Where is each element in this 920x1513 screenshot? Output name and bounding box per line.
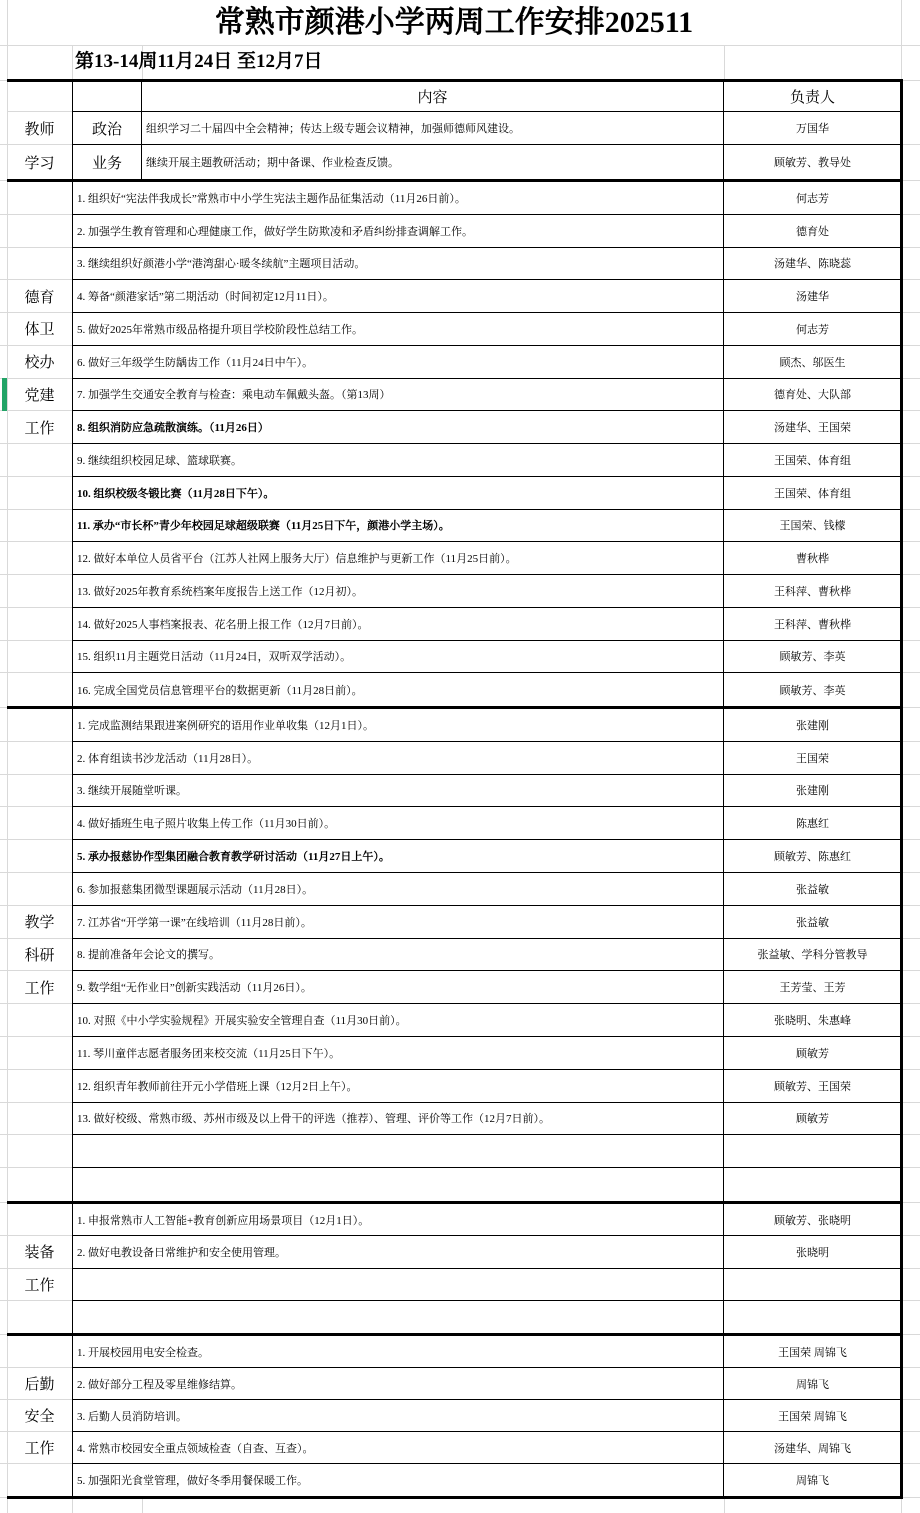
gridline: [724, 45, 725, 79]
row-person-cell[interactable]: 王国荣、钱檬: [724, 510, 901, 543]
row-label-cell[interactable]: [7, 775, 72, 808]
row-person-cell[interactable]: 王国荣、体育组: [724, 444, 901, 477]
gridline: [903, 1463, 920, 1464]
row-label-cell[interactable]: [7, 1004, 72, 1037]
gridline: [0, 1167, 7, 1168]
row-content-cell[interactable]: 4. 常熟市校园安全重点领域检查（自查、互查）。: [72, 1432, 724, 1464]
gridline: [0, 672, 7, 673]
row-label-cell[interactable]: [7, 510, 72, 543]
row-content-cell[interactable]: 3. 继续开展随堂听课。: [72, 775, 724, 808]
row-person-cell[interactable]: 周锦飞: [724, 1368, 901, 1400]
row-person-cell[interactable]: 顾敏芳、王国荣: [724, 1070, 901, 1103]
gridline: [0, 476, 7, 477]
row-content-cell[interactable]: [72, 1269, 724, 1301]
row-label-cell[interactable]: [7, 1336, 72, 1368]
gridline: [903, 970, 920, 971]
row-label-cell[interactable]: 学习: [7, 145, 72, 179]
row-label-cell[interactable]: 德育: [7, 280, 72, 313]
row-label-cell[interactable]: 工作: [7, 971, 72, 1004]
row-person-cell[interactable]: 王芳莹、王芳: [724, 971, 901, 1004]
row-label-cell[interactable]: 教师: [7, 112, 72, 145]
row-content-cell[interactable]: 5. 承办报慈协作型集团融合教育教学研讨活动（11月27日上午）。: [72, 840, 724, 873]
row-content-cell[interactable]: [72, 1301, 724, 1333]
gridline: [0, 1431, 7, 1432]
row-label-cell[interactable]: [7, 1168, 72, 1201]
gridline: [903, 607, 920, 608]
gridline: [903, 1167, 920, 1168]
header-blank-cell-2[interactable]: [72, 82, 142, 112]
gridline: [72, 45, 73, 79]
row-content-cell[interactable]: [72, 1135, 724, 1168]
row-label-cell[interactable]: [7, 1070, 72, 1103]
gridline: [0, 1102, 7, 1103]
gridline: [0, 1036, 7, 1037]
gridline: [0, 574, 7, 575]
gridline: [0, 247, 7, 248]
row-content-cell[interactable]: 组织学习二十届四中全会精神；传达上级专题会议精神，加强师德师风建设。: [142, 112, 724, 145]
row-person-cell[interactable]: 张晓明: [724, 1236, 901, 1268]
row-person-cell[interactable]: 王科萍、曹秋桦: [724, 575, 901, 608]
row-content-cell[interactable]: 15. 组织11月主题党日活动（11月24日，双听双学活动）。: [72, 641, 724, 674]
row-content-cell[interactable]: 6. 做好三年级学生防龋齿工作（11月24日中午）。: [72, 346, 724, 379]
row-label-cell[interactable]: 教学: [7, 906, 72, 939]
row-content-cell[interactable]: 8. 提前准备年会论文的撰写。: [72, 939, 724, 972]
gridline: [0, 1235, 7, 1236]
gridline: [0, 1202, 7, 1203]
row-label-cell[interactable]: [7, 840, 72, 873]
row-content-cell[interactable]: 2. 加强学生教育管理和心理健康工作，做好学生防欺凌和矛盾纠纷排查调解工作。: [72, 215, 724, 248]
gridline: [903, 1202, 920, 1203]
row-person-cell[interactable]: 顾敏芳: [724, 1037, 901, 1070]
gridline: [0, 839, 7, 840]
row-label-cell[interactable]: [7, 641, 72, 674]
gridline: [0, 345, 7, 346]
row-label-cell[interactable]: [7, 873, 72, 906]
row-content-cell[interactable]: 1. 完成监测结果跟进案例研究的语用作业单收集（12月1日）。: [72, 709, 724, 742]
row-label-cell[interactable]: 科研: [7, 939, 72, 972]
selection-indicator: [2, 378, 7, 411]
gridline: [903, 839, 920, 840]
gridline: [903, 1497, 920, 1498]
row-person-cell[interactable]: 周锦飞: [724, 1464, 901, 1496]
gridline: [72, 1499, 73, 1513]
row-label-cell[interactable]: 后勤: [7, 1368, 72, 1400]
gridline: [903, 1300, 920, 1301]
row-content-cell[interactable]: 11. 承办“市长杯”青少年校园足球超级联赛（11月25日下午，颜港小学主场）。: [72, 510, 724, 543]
row-label-cell[interactable]: [7, 248, 72, 281]
gridline: [903, 214, 920, 215]
row-sub-label-cell[interactable]: 业务: [72, 145, 142, 179]
gridline: [903, 80, 920, 81]
gridline: [903, 872, 920, 873]
row-person-cell[interactable]: 德育处: [724, 215, 901, 248]
row-content-cell[interactable]: 9. 继续组织校园足球、篮球联赛。: [72, 444, 724, 477]
gridline: [0, 1399, 7, 1400]
gridline: [903, 541, 920, 542]
row-person-cell[interactable]: 顾敏芳、教导处: [724, 145, 901, 179]
gridline: [903, 345, 920, 346]
gridline: [903, 1268, 920, 1269]
row-person-cell[interactable]: 张建刚: [724, 709, 901, 742]
gridline: [903, 1367, 920, 1368]
row-content-cell[interactable]: 10. 对照《中小学实验规程》开展实验安全管理自查（11月30日前）。: [72, 1004, 724, 1037]
row-label-cell[interactable]: [7, 1464, 72, 1496]
row-person-cell[interactable]: 张建刚: [724, 775, 901, 808]
row-label-cell[interactable]: 体卫: [7, 313, 72, 346]
row-person-cell[interactable]: [724, 1301, 901, 1333]
row-person-cell[interactable]: 顾敏芳、陈惠红: [724, 840, 901, 873]
gridline: [903, 312, 920, 313]
row-label-cell[interactable]: [7, 709, 72, 742]
row-label-cell[interactable]: [7, 1103, 72, 1136]
gridline: [903, 806, 920, 807]
header-blank-cell[interactable]: [7, 82, 72, 112]
gridline: [903, 378, 920, 379]
gridline: [724, 1499, 725, 1513]
header-person-cell[interactable]: 负责人: [724, 82, 901, 112]
row-person-cell[interactable]: 万国华: [724, 112, 901, 145]
row-label-cell[interactable]: [7, 444, 72, 477]
row-person-cell[interactable]: 德育处、大队部: [724, 379, 901, 412]
gridline: [901, 1499, 902, 1513]
row-label-cell[interactable]: [7, 742, 72, 775]
row-label-cell[interactable]: [7, 182, 72, 215]
gridline: [0, 774, 7, 775]
row-content-cell[interactable]: 10. 组织校级冬锻比赛（11月28日下午）。: [72, 477, 724, 510]
row-label-cell[interactable]: 工作: [7, 411, 72, 444]
gridline: [0, 1463, 7, 1464]
gridline: [0, 1134, 7, 1135]
gridline: [0, 509, 7, 510]
row-label-cell[interactable]: [7, 215, 72, 248]
gridline: [0, 1268, 7, 1269]
gridline: [903, 443, 920, 444]
row-person-cell[interactable]: 顾敏芳、张晓明: [724, 1204, 901, 1236]
gridline: [903, 707, 920, 708]
row-content-cell[interactable]: 11. 琴川童伴志愿者服务团来校交流（11月25日下午）。: [72, 1037, 724, 1070]
row-label-cell[interactable]: 安全: [7, 1400, 72, 1432]
row-content-cell[interactable]: 2. 做好电教设备日常维护和安全使用管理。: [72, 1236, 724, 1268]
row-content-cell[interactable]: 继续开展主题教研活动；期中备课、作业检查反馈。: [142, 145, 724, 179]
gridline: [0, 279, 7, 280]
row-label-cell[interactable]: [7, 477, 72, 510]
row-label-cell[interactable]: [7, 673, 72, 706]
gridline: [0, 1367, 7, 1368]
row-content-cell[interactable]: 3. 继续组织好颜港小学“港湾甜心·暖冬续航”主题项目活动。: [72, 248, 724, 281]
row-label-cell[interactable]: [7, 608, 72, 641]
gridline: [0, 443, 7, 444]
gridline: [0, 607, 7, 608]
gridline: [903, 938, 920, 939]
row-person-cell[interactable]: 汤建华、陈晓蕊: [724, 248, 901, 281]
row-person-cell[interactable]: 汤建华、王国荣: [724, 411, 901, 444]
row-content-cell[interactable]: 2. 体育组读书沙龙活动（11月28日）。: [72, 742, 724, 775]
gridline: [0, 640, 7, 641]
spreadsheet: 常熟市颜港小学两周工作安排202511 第13-14周11月24日 至12月7日…: [0, 0, 920, 1513]
row-content-cell[interactable]: 7. 江苏省“开学第一课”在线培训（11月28日前）。: [72, 906, 724, 939]
row-person-cell[interactable]: 顾敏芳、李英: [724, 641, 901, 674]
row-content-cell[interactable]: 5. 做好2025年常熟市级品格提升项目学校阶段性总结工作。: [72, 313, 724, 346]
row-content-cell[interactable]: 1. 开展校园用电安全检查。: [72, 1336, 724, 1368]
gridline: [903, 509, 920, 510]
gridline: [0, 1497, 7, 1498]
row-person-cell[interactable]: 顾杰、邬医生: [724, 346, 901, 379]
gridline: [903, 741, 920, 742]
row-person-cell[interactable]: 何志芳: [724, 182, 901, 215]
row-person-cell[interactable]: 王国荣 周锦飞: [724, 1400, 901, 1432]
row-label-cell[interactable]: 装备: [7, 1236, 72, 1268]
row-label-cell[interactable]: [7, 1037, 72, 1070]
gridline: [0, 872, 7, 873]
row-content-cell[interactable]: 6. 参加报慈集团微型课题展示活动（11月28日）。: [72, 873, 724, 906]
gridline: [0, 938, 7, 939]
gridline: [903, 1036, 920, 1037]
gridline: [903, 1431, 920, 1432]
row-content-cell[interactable]: [72, 1168, 724, 1201]
page-title: 常熟市颜港小学两周工作安排202511: [7, 0, 901, 45]
gridline: [0, 541, 7, 542]
gridline: [903, 905, 920, 906]
row-person-cell[interactable]: 王国荣、体育组: [724, 477, 901, 510]
gridline: [0, 1300, 7, 1301]
gridline: [903, 279, 920, 280]
row-content-cell[interactable]: 2. 做好部分工程及零星维修结算。: [72, 1368, 724, 1400]
gridline: [903, 1134, 920, 1135]
row-person-cell[interactable]: 汤建华、周锦飞: [724, 1432, 901, 1464]
gridline: [903, 1102, 920, 1103]
row-person-cell[interactable]: 顾敏芳、李英: [724, 673, 901, 706]
row-content-cell[interactable]: 13. 做好2025年教育系统档案年度报告上送工作（12月初）。: [72, 575, 724, 608]
row-content-cell[interactable]: 7. 加强学生交通安全教育与检查：乘电动车佩戴头盔。（第13周）: [72, 379, 724, 412]
row-content-cell[interactable]: 9. 数学组“无作业日”创新实践活动（11月26日）。: [72, 971, 724, 1004]
gridline: [0, 970, 7, 971]
row-label-cell[interactable]: [7, 1204, 72, 1236]
row-person-cell[interactable]: 曹秋桦: [724, 542, 901, 575]
row-person-cell[interactable]: [724, 1168, 901, 1201]
row-content-cell[interactable]: 14. 做好2025人事档案报表、花名册上报工作（12月7日前）。: [72, 608, 724, 641]
row-content-cell[interactable]: 3. 后勤人员消防培训。: [72, 1400, 724, 1432]
gridline: [903, 1003, 920, 1004]
row-person-cell[interactable]: 王国荣: [724, 742, 901, 775]
gridline: [903, 410, 920, 411]
row-person-cell[interactable]: 张益敏: [724, 873, 901, 906]
row-person-cell[interactable]: 张晓明、朱惠峰: [724, 1004, 901, 1037]
row-content-cell[interactable]: 4. 做好插班生电子照片收集上传工作（11月30日前）。: [72, 807, 724, 840]
row-label-cell[interactable]: [7, 575, 72, 608]
row-label-cell[interactable]: [7, 542, 72, 575]
row-content-cell[interactable]: 16. 完成全国党员信息管理平台的数据更新（11月28日前）。: [72, 673, 724, 706]
gridline: [0, 180, 7, 181]
gridline: [0, 80, 7, 81]
gridline: [903, 774, 920, 775]
gridline: [0, 707, 7, 708]
gridline: [903, 1235, 920, 1236]
row-content-cell[interactable]: 12. 组织青年教师前往开元小学借班上课（12月2日上午）。: [72, 1070, 724, 1103]
row-person-cell[interactable]: 何志芳: [724, 313, 901, 346]
gridline: [0, 144, 7, 145]
row-label-cell[interactable]: [7, 1301, 72, 1333]
gridline: [0, 312, 7, 313]
row-person-cell[interactable]: 张益敏: [724, 906, 901, 939]
gridline: [0, 214, 7, 215]
row-content-cell[interactable]: 1. 组织好“宪法伴我成长”常熟市中小学生宪法主题作品征集活动（11月26日前）…: [72, 182, 724, 215]
header-content-cell[interactable]: 内容: [142, 82, 724, 112]
row-person-cell[interactable]: 顾敏芳: [724, 1103, 901, 1136]
schedule-week-range: 第13-14周11月24日 至12月7日: [75, 45, 323, 79]
row-sub-label-cell[interactable]: 政治: [72, 112, 142, 145]
gridline: [0, 741, 7, 742]
row-content-cell[interactable]: 1. 申报常熟市人工智能+教育创新应用场景项目（12月1日）。: [72, 1204, 724, 1236]
gridline: [903, 1399, 920, 1400]
gridline: [0, 905, 7, 906]
gridline: [142, 1499, 143, 1513]
gridline: [0, 1069, 7, 1070]
row-content-cell[interactable]: 5. 加强阳光食堂管理，做好冬季用餐保暖工作。: [72, 1464, 724, 1496]
row-person-cell[interactable]: 王国荣 周锦飞: [724, 1336, 901, 1368]
gridline: [0, 806, 7, 807]
gridline: [903, 1069, 920, 1070]
row-content-cell[interactable]: 13. 做好校级、常熟市级、苏州市级及以上骨干的评选（推荐）、管理、评价等工作（…: [72, 1103, 724, 1136]
gridline: [903, 574, 920, 575]
row-label-cell[interactable]: 校办: [7, 346, 72, 379]
row-content-cell[interactable]: 12. 做好本单位人员省平台（江苏人社网上服务大厅）信息维护与更新工作（11月2…: [72, 542, 724, 575]
row-label-cell[interactable]: [7, 807, 72, 840]
row-person-cell[interactable]: 汤建华: [724, 280, 901, 313]
row-person-cell[interactable]: [724, 1135, 901, 1168]
gridline: [903, 247, 920, 248]
row-label-cell[interactable]: 工作: [7, 1432, 72, 1464]
gridline: [903, 180, 920, 181]
gridline: [0, 1334, 7, 1335]
row-content-cell[interactable]: 4. 筹备“颜港家话”第二期活动（时间初定12月11日）。: [72, 280, 724, 313]
row-person-cell[interactable]: 陈惠红: [724, 807, 901, 840]
row-label-cell[interactable]: 党建: [7, 379, 72, 412]
row-content-cell[interactable]: 8. 组织消防应急疏散演练。（11月26日）: [72, 411, 724, 444]
row-label-cell[interactable]: 工作: [7, 1269, 72, 1301]
gridline: [901, 0, 902, 79]
gridline: [0, 1003, 7, 1004]
row-label-cell[interactable]: [7, 1135, 72, 1168]
gridline: [903, 672, 920, 673]
gridline: [903, 640, 920, 641]
gridline: [903, 1334, 920, 1335]
row-person-cell[interactable]: 张益敏、学科分管教导: [724, 939, 901, 972]
gridline: [903, 144, 920, 145]
gridline: [903, 476, 920, 477]
section-divider: [7, 1496, 903, 1499]
row-person-cell[interactable]: [724, 1269, 901, 1301]
row-person-cell[interactable]: 王科萍、曹秋桦: [724, 608, 901, 641]
